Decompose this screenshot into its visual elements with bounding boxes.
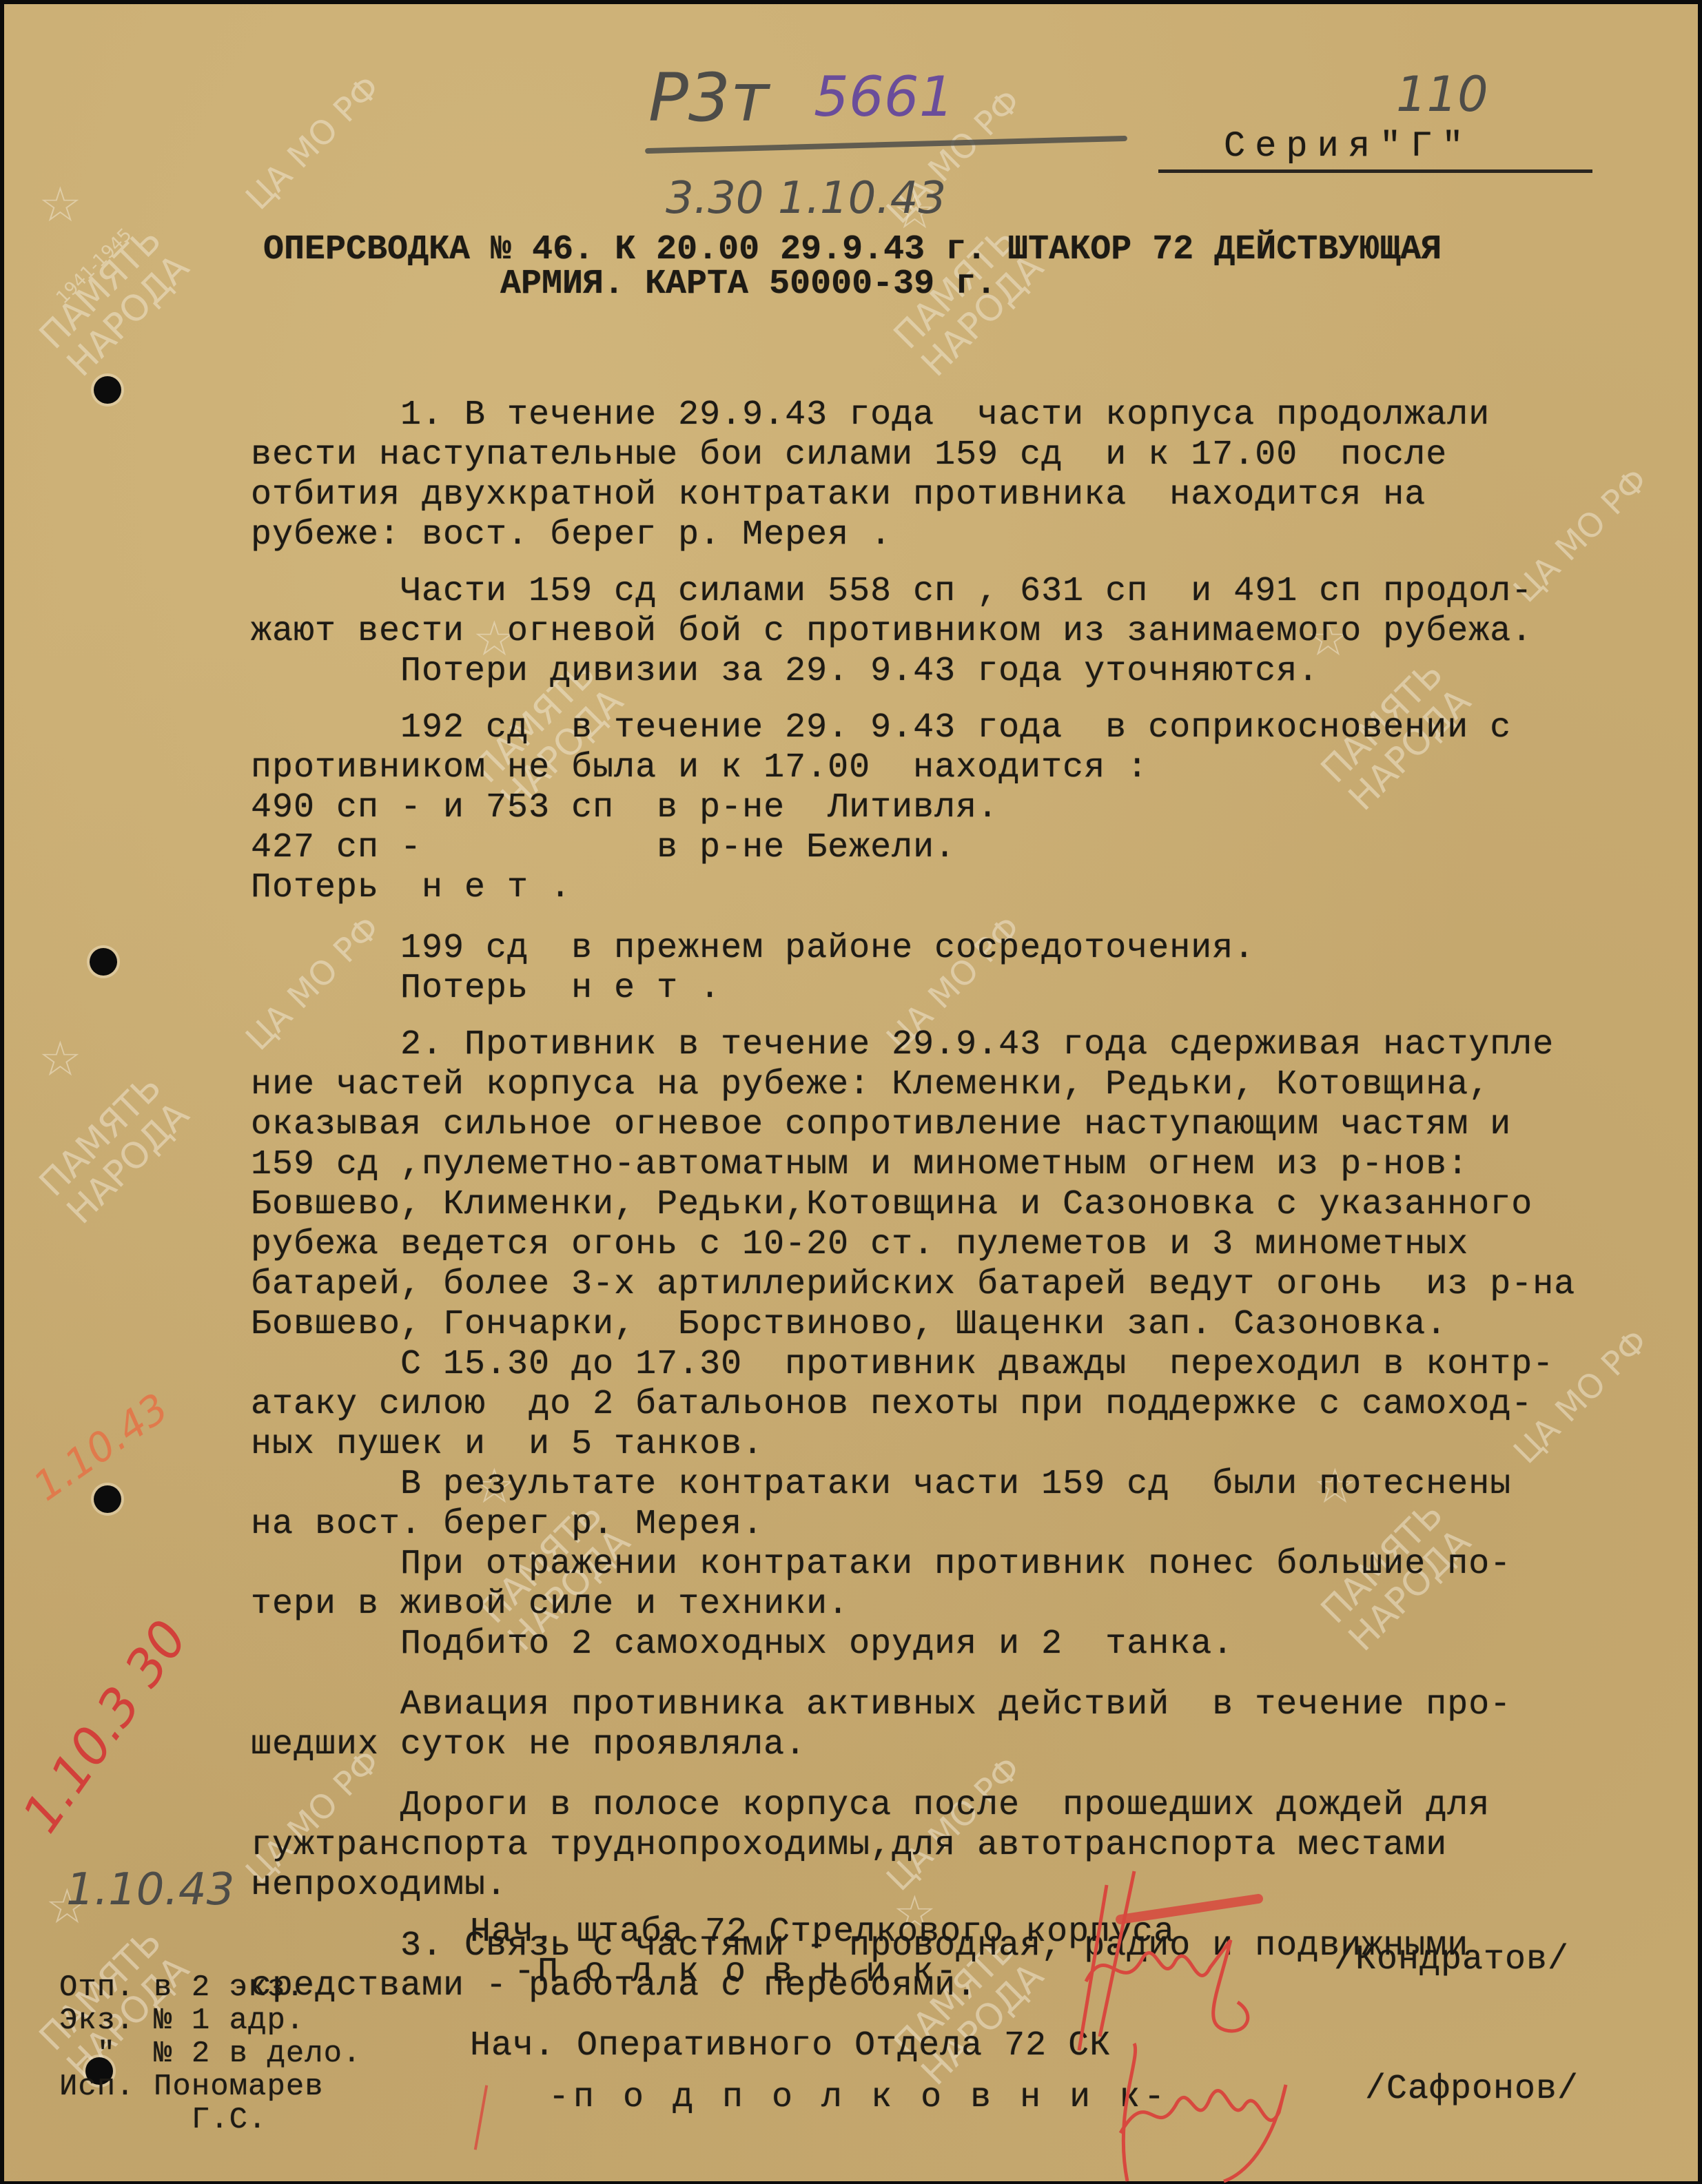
- distribution-line: Экз. № 1 адр.: [59, 2004, 361, 2037]
- body-line: 159 сд ,пулеметно-автоматным и минометны…: [251, 1145, 1575, 1185]
- body-line: Бовшево, Клименки, Редьки,Котовщина и Са…: [251, 1185, 1575, 1225]
- body-line: Потери дивизии за 29. 9.43 года уточняют…: [251, 652, 1575, 692]
- body-line: Части 159 сд силами 558 сп , 631 сп и 49…: [251, 572, 1575, 612]
- received-note: 3.30 1.10.43: [666, 173, 946, 224]
- signature-rank-1: -П о л к о в н и к-: [514, 1953, 959, 1992]
- body-line: шедших суток не проявляла.: [251, 1725, 1575, 1765]
- punch-hole: [90, 948, 117, 976]
- body-line: 199 сд в прежнем районе сосредоточения.: [251, 929, 1575, 969]
- body-line: отбития двухкратной контратаки противник…: [251, 475, 1575, 515]
- signature-name-2: /Сафронов/: [1365, 2070, 1579, 2110]
- body-line: Подбито 2 самоходных орудия и 2 танка.: [251, 1625, 1575, 1665]
- body-line: [251, 1665, 1575, 1685]
- margin-note-pencil: 1.10.43: [66, 1864, 234, 1915]
- body-line: В результате контратаки части 159 сд был…: [251, 1465, 1575, 1505]
- body-line: Потерь н е т .: [251, 868, 1575, 908]
- page-number: 110: [1396, 66, 1488, 123]
- signature-name-1: /Кондратов/: [1334, 1940, 1569, 1980]
- body-line: [251, 1009, 1575, 1025]
- distribution-line: Исп. Пономарев: [59, 2070, 361, 2103]
- body-line: Бовшево, Гончарки, Борствиново, Шаценки …: [251, 1305, 1575, 1345]
- body-line: атаку силою до 2 батальонов пехоты при п…: [251, 1385, 1575, 1425]
- body-line: 427 сп - в р-не Бежели.: [251, 828, 1575, 868]
- body-line: Авиация противника активных действий в т…: [251, 1685, 1575, 1725]
- body-line: ние частей корпуса на рубеже: Клеменки, …: [251, 1065, 1575, 1105]
- body-line: [251, 908, 1575, 929]
- signature-safronov: [1086, 2030, 1348, 2184]
- body-line: рубеже: вост. берег р. Мерея .: [251, 515, 1575, 555]
- body-line: С 15.30 до 17.30 противник дважды перехо…: [251, 1345, 1575, 1385]
- distribution-line: Отп. в 2 экз.: [59, 1971, 361, 2004]
- red-tick-mark: [474, 2085, 488, 2150]
- body-line: батарей, более 3-х артиллерийских батаре…: [251, 1265, 1575, 1305]
- body-line: противником не была и к 17.00 находится …: [251, 748, 1575, 788]
- body-line: рубежа ведется огонь с 10-20 ст. пулемет…: [251, 1225, 1575, 1265]
- archive-mark: Р3т: [648, 59, 769, 136]
- distribution-line: " № 2 в дело.: [59, 2037, 361, 2070]
- body-line: тери в живой силе и техники.: [251, 1585, 1575, 1625]
- archive-number: 5661: [814, 65, 954, 129]
- series-label: Серия"Г": [1224, 127, 1473, 167]
- body-line: 490 сп - и 753 сп в р-не Литивля.: [251, 788, 1575, 828]
- body-line: оказывая сильное огневое сопротивление н…: [251, 1105, 1575, 1145]
- document-title-line2: АРМИЯ. КАРТА 50000-39 г.: [500, 265, 996, 305]
- watermark-tsamo: ЦА МО РФ: [238, 68, 387, 217]
- signature-rank-2: -п о д п о л к о в н и к-: [548, 2078, 1169, 2118]
- body-line: Потерь н е т .: [251, 969, 1575, 1009]
- report-body: 1. В течение 29.9.43 года части корпуса …: [251, 395, 1575, 2006]
- body-line: [251, 692, 1575, 708]
- body-line: ных пушек и и 5 танков.: [251, 1425, 1575, 1465]
- body-line: 1. В течение 29.9.43 года части корпуса …: [251, 395, 1575, 435]
- star-icon: ☆: [39, 176, 82, 233]
- margin-note-red: 1.10.3 30: [11, 1610, 199, 1844]
- body-line: вести наступательные бои силами 159 сд и…: [251, 435, 1575, 475]
- punch-hole: [94, 376, 121, 404]
- body-line: [251, 1765, 1575, 1786]
- body-line: непроходимы.: [251, 1866, 1575, 1906]
- distribution-list: Отп. в 2 экз. Экз. № 1 адр. " № 2 в дело…: [59, 1971, 361, 2136]
- body-line: При отражении контратаки противник понес…: [251, 1545, 1575, 1585]
- document-page: ЦА МО РФ ЦА МО РФ ЦА МО РФ ЦА МО РФ ЦА М…: [4, 4, 1698, 2181]
- body-line: гужтранспорта труднопроходимы,для автотр…: [251, 1826, 1575, 1866]
- body-line: на вост. берег р. Мерея.: [251, 1505, 1575, 1545]
- body-line: 192 сд в течение 29. 9.43 года в соприко…: [251, 708, 1575, 748]
- distribution-line: Г.С.: [59, 2103, 361, 2136]
- body-line: Дороги в полосе корпуса после прошедших …: [251, 1786, 1575, 1826]
- body-line: [251, 555, 1575, 572]
- punch-hole: [94, 1485, 121, 1513]
- body-line: жают вести огневой бой с противником из …: [251, 612, 1575, 652]
- body-line: 2. Противник в течение 29.9.43 года сдер…: [251, 1025, 1575, 1065]
- pencil-underline: [645, 136, 1127, 154]
- series-underline: [1158, 169, 1592, 173]
- star-icon: ☆: [39, 1031, 82, 1087]
